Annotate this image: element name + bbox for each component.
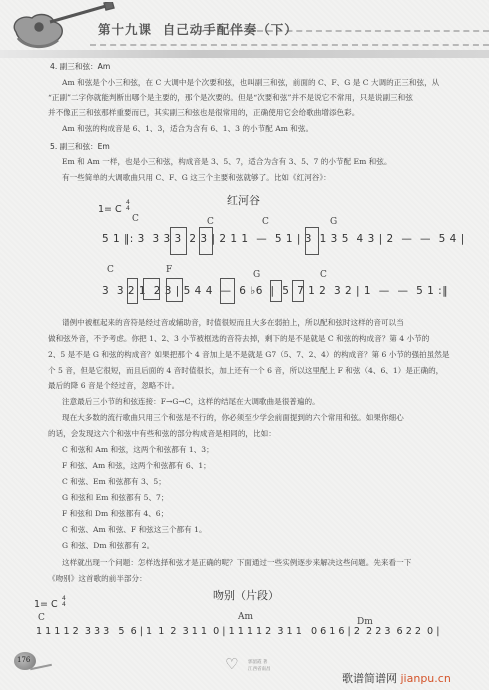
header-dashes xyxy=(90,44,489,46)
paragraph-line: Am 和弦的构成音是 6、1、3，适合为含有 6、1、3 的小节配 Am 和弦。 xyxy=(62,124,313,134)
note-box xyxy=(143,278,160,300)
note-box xyxy=(127,278,138,304)
paragraph-line: 现在大多数的流行歌曲只用三个和弦是不行的，你必须至少学会前面提到的六个常用和弦。… xyxy=(62,413,404,423)
time-bottom: 4 xyxy=(62,602,66,608)
score-key: 1= C xyxy=(98,204,122,215)
note-box xyxy=(170,227,187,255)
paragraph-line: 注意最后三小节的和弦连接：F→G→C，这样的结尾在大调歌曲是很普遍的。 xyxy=(62,397,320,407)
note-box xyxy=(270,280,282,302)
publisher-line: 郭韶霞 著 xyxy=(248,659,267,665)
chord-label: F xyxy=(166,265,172,275)
time-bottom: 4 xyxy=(126,206,130,212)
list-item: C 和弦、Am 和弦、F 和弦这三个都有 1。 xyxy=(62,525,207,535)
paragraph-line: 有一些简单的大调歌曲只用 C、F、G 这三个主要和弦就够了。比如《红河谷》： xyxy=(62,173,331,183)
lesson-title: 第十九课 自己动手配伴奏（下） xyxy=(98,20,298,38)
note-box xyxy=(166,278,183,302)
publisher-line: 江西省南昌 xyxy=(248,666,271,672)
list-item: C 和弦、Em 和弦都有 3、5； xyxy=(62,477,166,487)
paragraph-line: 《吻别》这首歌的前半部分： xyxy=(48,574,147,584)
chord-label: C xyxy=(107,265,114,275)
notation-row-1: 5 1 ‖: 3 3 3 3 2 3 | 2 1 1 — 5 1 | 3 1 3… xyxy=(102,233,465,245)
paragraph-line: 并不像正三和弦那样重要而已，其实副三和弦也是很常用的，正确使用它会给歌曲增添色彩… xyxy=(48,108,359,118)
paragraph-line: “正副”二字你就能判断出哪个是主要的，那个是次要的。但是“次要和弦”并不是说它不… xyxy=(48,93,413,103)
score-title: 吻别（片段） xyxy=(213,587,279,603)
chord-label: C xyxy=(262,217,269,227)
paragraph-line: Em 和 Am 一样，也是小三和弦，构成音是 3、5、7，适合为含有 3、5、7… xyxy=(62,157,391,167)
watermark-cn: 歌谱简谱网 xyxy=(342,672,397,685)
paragraph-line: 做和弦外音，不予考虑。你把 1、2、3 小节被框选的音符去掉，剩下的是不是就是 … xyxy=(48,334,429,344)
chord-label: Am xyxy=(238,612,253,622)
chord-label: C xyxy=(207,217,214,227)
notation-row: 1 1 1 1 2 3 3 3 5 6 | 1 1 2 3 1 1 0 | 1 … xyxy=(36,626,439,637)
note-box xyxy=(292,280,304,302)
chord-label: G xyxy=(330,217,337,227)
list-item: F 和弦、Am 和弦，这两个和弦都有 6、1； xyxy=(62,461,211,471)
time-signature: 4 4 xyxy=(62,596,66,608)
chord-label: C xyxy=(320,270,327,280)
paragraph-line: 的话，会发现这六个和弦中有些和弦的部分构成音是相同的，比如： xyxy=(48,429,276,439)
page: 第十九课 自己动手配伴奏（下） 4. 副三和弦：Am Am 和弦是个小三和弦，在… xyxy=(0,0,489,690)
section-heading-am: 4. 副三和弦：Am xyxy=(50,61,110,72)
list-item: F 和弦和 Dm 和弦都有 4、6； xyxy=(62,509,168,519)
paragraph-line: 2、5 是不是 G 和弦的构成音？如果把那个 4 音加上是不是就是 G7（5、7… xyxy=(48,350,449,360)
page-number: 176 xyxy=(17,656,30,664)
note-box xyxy=(220,278,235,304)
chord-label: C xyxy=(38,613,45,623)
score-title: 红河谷 xyxy=(227,192,260,208)
section-heading-em: 5. 副三和弦：Em xyxy=(50,141,110,152)
paragraph-line: 个 5 音，但是它很短，而且后面的 4 音时值很长，加上还有一个 6 音，所以这… xyxy=(48,366,443,376)
watermark: 歌谱简谱网 jianpu.cn xyxy=(342,670,451,686)
paragraph-line: Am 和弦是个小三和弦，在 C 大调中是个次要和弦，也叫副三和弦，前面的 C、F… xyxy=(62,78,439,88)
score-key: 1= C xyxy=(34,599,58,610)
list-item: G 和弦、Dm 和弦都有 2。 xyxy=(62,541,154,551)
paragraph-line: 这样就出现一个问题：怎样选择和弦才是正确的呢？下面通过一些实例逐步来解决这些问题… xyxy=(62,558,411,568)
note-box xyxy=(199,227,213,255)
page-header: 第十九课 自己动手配伴奏（下） xyxy=(0,0,489,58)
time-signature: 4 4 xyxy=(126,200,130,212)
chord-label: C xyxy=(132,214,139,224)
list-item: C 和弦和 Am 和弦，这两个和弦都有 1、3； xyxy=(62,445,214,455)
heart-icon: ♡ xyxy=(225,656,245,672)
watermark-en: jianpu.cn xyxy=(401,672,451,685)
chord-label: G xyxy=(253,270,260,280)
paragraph-line: 最后的降 6 音是个经过音，忽略不计。 xyxy=(48,381,179,391)
note-box xyxy=(305,227,319,255)
list-item: G 和弦和 Em 和弦都有 5、7； xyxy=(62,493,168,503)
paragraph-line: 谱例中被框起来的音符是经过音或辅助音，时值很短而且大多在弱拍上，所以配和弦时这样… xyxy=(62,318,404,328)
